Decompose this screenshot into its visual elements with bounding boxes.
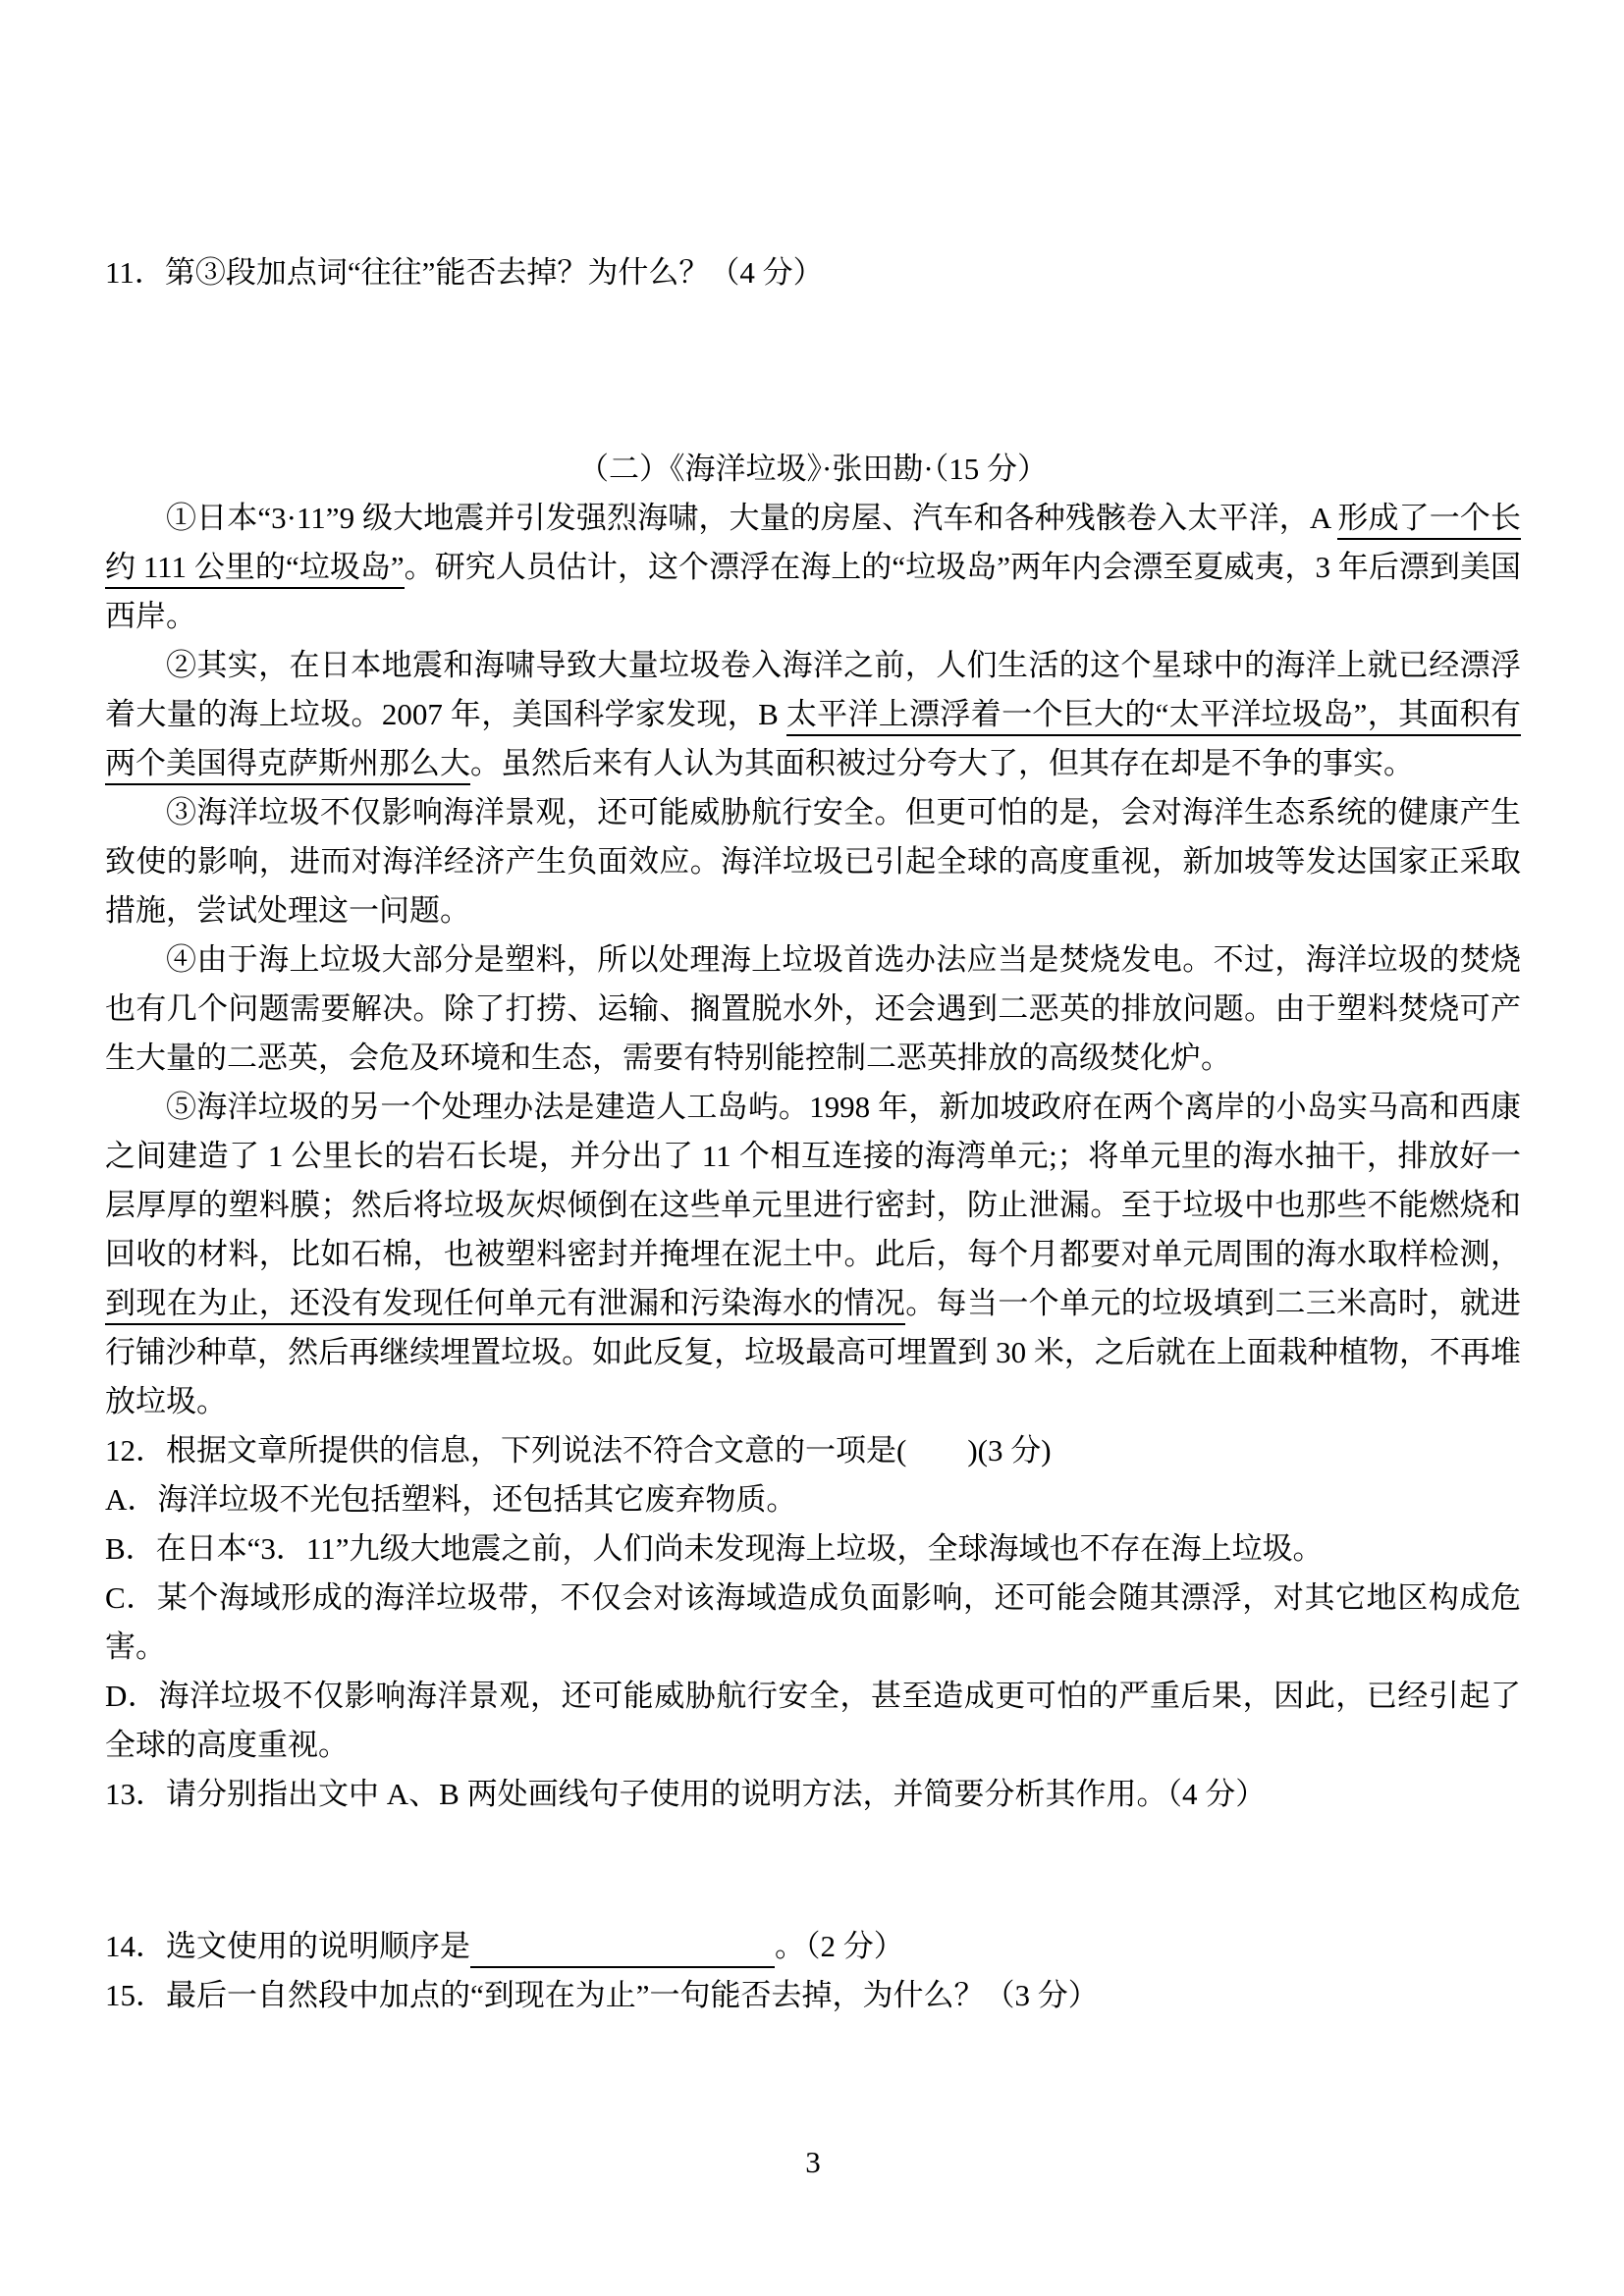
text-run: C．某个海域形成的海洋垃圾带，不仅会对该海域造成负面影响，还可能会随其漂浮，对其… (105, 1580, 1521, 1664)
text-run: A．海洋垃圾不光包括塑料，还包括其它废弃物质。 (105, 1482, 796, 1517)
page-number: 3 (105, 2138, 1521, 2187)
question-12-option-d: D．海洋垃圾不仅影响海洋景观，还可能威胁航行安全，甚至造成更可怕的严重后果，因此… (105, 1672, 1521, 1770)
text-run: 15．最后一自然段中加点的“到现在为止”一句能否去掉，为什么？（3 分） (105, 1978, 1099, 2012)
passage-paragraph-1: ①日本“3·11”9 级大地震并引发强烈海啸，大量的房屋、汽车和各种残骸卷入太平… (105, 494, 1521, 641)
passage-paragraph-2: ②其实，在日本地震和海啸导致大量垃圾卷入海洋之前，人们生活的这个星球中的海洋上就… (105, 641, 1521, 788)
text-run: B．在日本“3．11”九级大地震之前，人们尚未发现海上垃圾，全球海域也不存在海上… (105, 1531, 1324, 1566)
passage-title: （二）《海洋垃圾》·张田勘·（15 分） (105, 445, 1521, 494)
text-run: D．海洋垃圾不仅影响海洋景观，还可能威胁航行安全，甚至造成更可怕的严重后果，因此… (105, 1679, 1521, 1762)
text-run: 。虽然后来有人认为其面积被过分夸大了，但其存在却是不争的事实。 (470, 746, 1414, 780)
underlined-text: 到现在为止，还没有发现任何单元有泄漏和污染海水的情况 (105, 1286, 905, 1325)
question-12-option-a: A．海洋垃圾不光包括塑料，还包括其它废弃物质。 (105, 1475, 1521, 1524)
question-15: 15．最后一自然段中加点的“到现在为止”一句能否去掉，为什么？（3 分） (105, 1971, 1521, 2020)
passage-paragraph-3: ③海洋垃圾不仅影响海洋景观，还可能威胁航行安全。但更可怕的是，会对海洋生态系统的… (105, 788, 1521, 935)
exam-page: 11．第③段加点词“往往”能否去掉？为什么？（4 分） （二）《海洋垃圾》·张田… (0, 0, 1624, 2296)
text-run: 。（2 分） (775, 1929, 904, 1963)
text-run: ①日本“3·11”9 级大地震并引发强烈海啸，大量的房屋、汽车和各种残骸卷入太平… (166, 501, 1337, 535)
page-content: 11．第③段加点词“往往”能否去掉？为什么？（4 分） （二）《海洋垃圾》·张田… (0, 0, 1624, 2187)
text-run: 11．第③段加点词“往往”能否去掉？为什么？（4 分） (105, 255, 824, 290)
passage-paragraph-5: ⑤海洋垃圾的另一个处理办法是建造人工岛屿。1998 年，新加坡政府在两个离岸的小… (105, 1083, 1521, 1426)
text-run: ④由于海上垃圾大部分是塑料，所以处理海上垃圾首选办法应当是焚烧发电。不过，海洋垃… (105, 942, 1521, 1075)
underlined-text (470, 1929, 775, 1968)
text-run: 14．选文使用的说明顺序是 (105, 1929, 470, 1963)
text-run: 13．请分别指出文中 A、B 两处画线句子使用的说明方法，并简要分析其作用。（4… (105, 1777, 1266, 1811)
question-14: 14．选文使用的说明顺序是 。（2 分） (105, 1922, 1521, 1971)
passage-paragraph-4: ④由于海上垃圾大部分是塑料，所以处理海上垃圾首选办法应当是焚烧发电。不过，海洋垃… (105, 935, 1521, 1083)
question-13: 13．请分别指出文中 A、B 两处画线句子使用的说明方法，并简要分析其作用。（4… (105, 1770, 1521, 1819)
text-run: ⑤海洋垃圾的另一个处理办法是建造人工岛屿。1998 年，新加坡政府在两个离岸的小… (105, 1090, 1521, 1271)
text-run: 12．根据文章所提供的信息，下列说法不符合文意的一项是( )(3 分) (105, 1433, 1052, 1468)
question-12-stem: 12．根据文章所提供的信息，下列说法不符合文意的一项是( )(3 分) (105, 1426, 1521, 1475)
question-11: 11．第③段加点词“往往”能否去掉？为什么？（4 分） (105, 248, 1521, 297)
question-12-option-c: C．某个海域形成的海洋垃圾带，不仅会对该海域造成负面影响，还可能会随其漂浮，对其… (105, 1574, 1521, 1672)
question-12-option-b: B．在日本“3．11”九级大地震之前，人们尚未发现海上垃圾，全球海域也不存在海上… (105, 1524, 1521, 1574)
text-run: ③海洋垃圾不仅影响海洋景观，还可能威胁航行安全。但更可怕的是，会对海洋生态系统的… (105, 795, 1521, 928)
